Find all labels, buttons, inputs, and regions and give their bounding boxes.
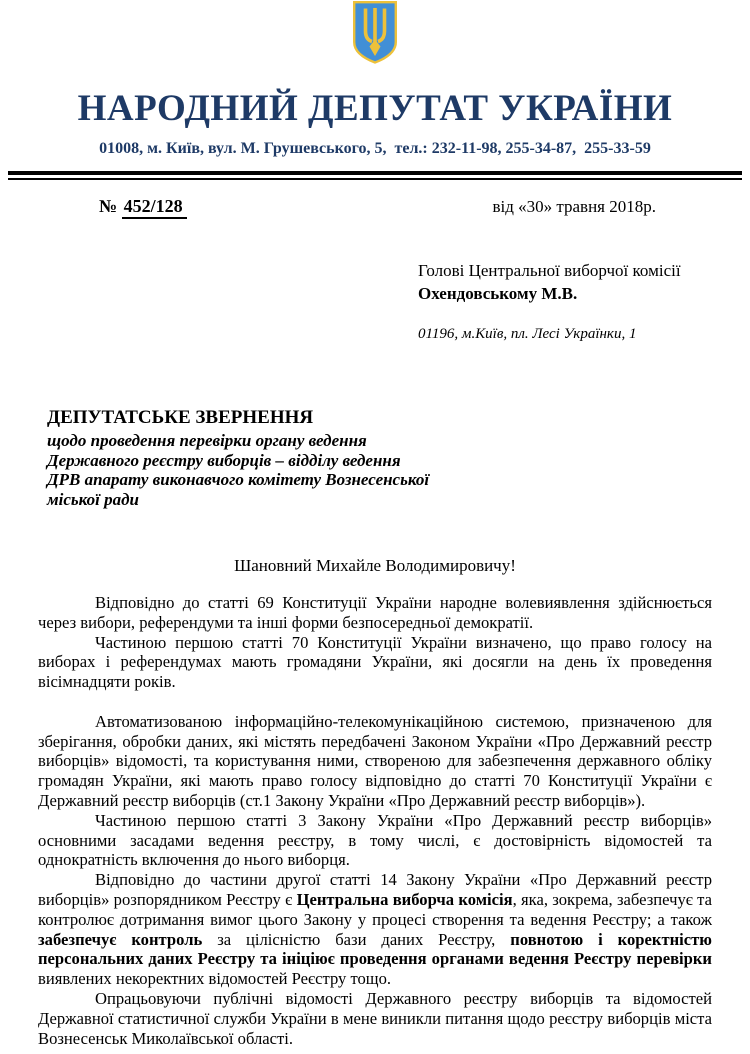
addressee-block: Голові Центральної виборчої комісії Охен… — [418, 259, 750, 343]
subject-description: щодо проведення перевірки органу ведення… — [47, 431, 750, 509]
divider-thin — [8, 178, 742, 180]
text-run: Автоматизованою інформаційно-телекомунік… — [38, 712, 712, 810]
addressee-address: 01196, м.Київ, пл. Лесі Українки, 1 — [418, 325, 750, 343]
reference-number: № 452/128 — [99, 196, 187, 217]
paragraph: Відповідно до частини другої статті 14 З… — [38, 870, 712, 989]
paragraph: Частиною першою статті 3 Закону України … — [38, 811, 712, 870]
org-title: НАРОДНИЙ ДЕПУТАТ УКРАЇНИ — [0, 89, 750, 129]
letterhead: НАРОДНИЙ ДЕПУТАТ УКРАЇНИ 01008, м. Київ,… — [0, 0, 750, 180]
text-run: Відповідно до статті 69 Конституції Укра… — [38, 593, 712, 632]
text-run: Частиною першою статті 3 Закону України … — [38, 811, 712, 870]
subject-line: ДРВ апарату виконавчого комітету Вознесе… — [47, 470, 750, 490]
reference-date: від «30» травня 2018р. — [492, 197, 656, 217]
salutation: Шановний Михайле Володимировичу! — [0, 555, 750, 576]
paragraph: Опрацьовуючи публічні відомості Державно… — [38, 989, 712, 1048]
reference-row: № 452/128 від «30» травня 2018р. — [0, 196, 750, 217]
letter-document: НАРОДНИЙ ДЕПУТАТ УКРАЇНИ 01008, м. Київ,… — [0, 0, 750, 1054]
bold-text-run: забезпечує контроль — [38, 930, 202, 949]
subject-line: Державного реєстру виборців – відділу ве… — [47, 451, 750, 471]
text-run: Частиною першою статті 70 Конституції Ук… — [38, 633, 712, 692]
text-run: Опрацьовуючи публічні відомості Державно… — [38, 989, 712, 1048]
coat-of-arms-icon — [0, 0, 750, 64]
addressee-role: Голові Центральної виборчої комісії — [418, 259, 750, 282]
subject-line: міської ради — [47, 490, 750, 510]
bold-text-run: Центральна виборча комісія — [297, 890, 513, 909]
letter-body: Відповідно до статті 69 Конституції Укра… — [38, 593, 712, 1048]
org-address: 01008, м. Київ, вул. М. Грушевського, 5,… — [0, 140, 750, 158]
text-run: виявлених некоректних відомостей Реєстру… — [38, 969, 391, 988]
number-sign: № — [99, 196, 117, 216]
paragraph: Відповідно до статті 69 Конституції Укра… — [38, 593, 712, 633]
subject-block: ДЕПУТАТСЬКЕ ЗВЕРНЕННЯ щодо проведення пе… — [47, 407, 750, 509]
addressee-name: Охендовському М.В. — [418, 282, 750, 305]
text-run: за цілісністю бази даних Реєстру, — [202, 930, 510, 949]
subject-line: щодо проведення перевірки органу ведення — [47, 431, 750, 451]
reference-number-value: 452/128 — [122, 196, 187, 219]
subject-title: ДЕПУТАТСЬКЕ ЗВЕРНЕННЯ — [47, 407, 750, 429]
paragraph: Автоматизованою інформаційно-телекомунік… — [38, 712, 712, 811]
divider-thick — [8, 171, 742, 175]
paragraph: Частиною першою статті 70 Конституції Ук… — [38, 633, 712, 692]
